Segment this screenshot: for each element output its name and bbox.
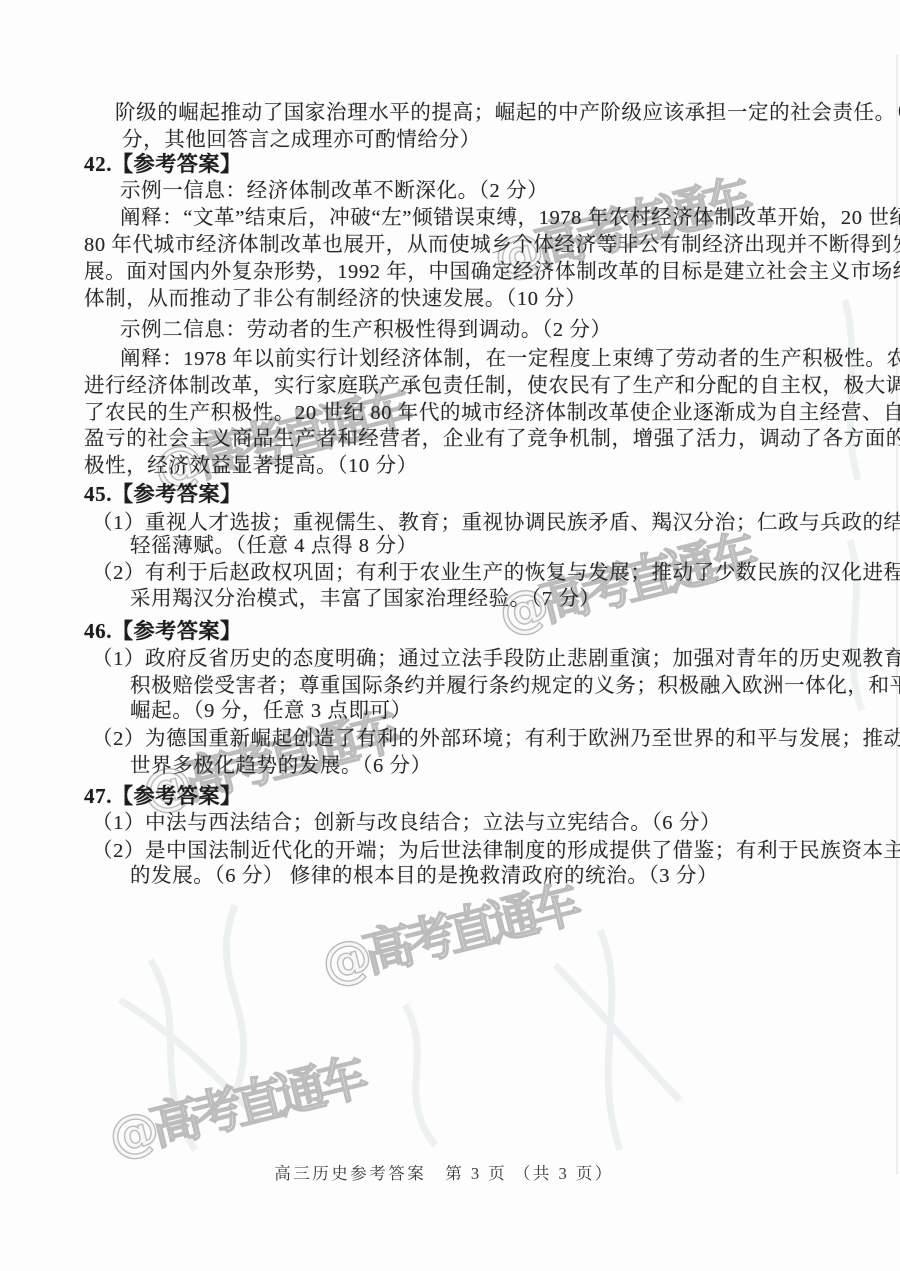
q42-example2-info: 示例二信息：劳动者的生产积极性得到调动。（2 分）: [120, 317, 612, 344]
q45-item1-line-2: 轻徭薄赋。（任意 4 点得 8 分）: [130, 533, 418, 560]
q45-item2-line-1: （2）有利于后赵政权巩固；有利于农业生产的恢复与发展；推动了少数民族的汉化进程；: [92, 560, 900, 587]
q42-example2-line-1: 阐释：1978 年以前实行计划经济体制，在一定程度上束缚了劳动者的生产积极性。农…: [120, 346, 900, 373]
q46-heading: 46.【参考答案】: [84, 618, 242, 645]
q42-example1-line-2: 80 年代城市经济体制改革也展开，从而使城乡个体经济等非公有制经济出现并不断得到…: [84, 232, 900, 259]
q47-item2-line-2: 的发展。（6 分） 修律的根本目的是挽救清政府的统治。（3 分）: [130, 863, 718, 890]
q47-heading: 47.【参考答案】: [84, 783, 242, 810]
page-footer: 高三历史参考答案 第 3 页 （共 3 页）: [0, 1160, 888, 1184]
q42-example2-line-3: 了农民的生产积极性。20 世纪 80 年代的城市经济体制改革使企业逐渐成为自主经…: [84, 400, 900, 427]
q45-item2-line-2: 采用羯汉分治模式，丰富了国家治理经验。（7 分）: [130, 586, 601, 613]
q41-tail-line-2: 分，其他回答言之成理亦可酌情给分）: [122, 127, 481, 154]
q41-tail-line-1: 阶级的崛起推动了国家治理水平的提高；崛起的中产阶级应该承担一定的社会责任。（5: [115, 100, 900, 127]
q47-item1-line-1: （1）中法与西法结合；创新与改良结合；立法与立宪结合。（6 分）: [92, 810, 721, 837]
q42-example1-line-1: 阐释：“文革”结束后，冲破“左”倾错误束缚，1978 年农村经济体制改革开始，2…: [120, 205, 900, 232]
watermark-stamp-6: @高考直通车: [100, 1038, 368, 1170]
q47-item2-line-1: （2）是中国法制近代化的开端；为后世法律制度的形成提供了借鉴；有利于民族资本主义: [92, 838, 900, 865]
q46-item1-line-2: 积极赔偿受害者；尊重国际条约并履行条约规定的义务；积极融入欧洲一体化，和平: [130, 673, 900, 700]
q46-item2-line-2: 世界多极化趋势的发展。（6 分）: [130, 753, 432, 780]
scanned-answer-page: @高考直通车 @高考直通车 @高考直通车 @高考直通车 @高考直通车 @高考直通…: [0, 0, 900, 1271]
q46-item1-line-3: 崛起。（9 分，任意 3 点即可）: [130, 698, 412, 725]
q42-example1-info: 示例一信息：经济体制改革不断深化。（2 分）: [120, 178, 548, 205]
q45-heading: 45.【参考答案】: [84, 481, 242, 508]
q42-example2-line-2: 进行经济体制改革，实行家庭联产承包责任制，使农民有了生产和分配的自主权，极大调动: [84, 373, 900, 400]
q42-example1-line-3: 展。面对国内外复杂形势，1992 年，中国确定经济体制改革的目标是建立社会主义市…: [84, 259, 900, 286]
q42-example2-line-5: 极性，经济效益显著提高。（10 分）: [84, 453, 418, 480]
q46-item2-line-1: （2）为德国重新崛起创造了有利的外部环境；有利于欧洲乃至世界的和平与发展；推动了: [92, 726, 900, 753]
q42-example2-line-4: 盈亏的社会主义商品生产者和经营者，企业有了竞争机制，增强了活力，调动了各方面的积: [84, 426, 900, 453]
q42-example1-line-4: 体制，从而推动了非公有制经济的快速发展。（10 分）: [84, 286, 586, 313]
q42-heading: 42.【参考答案】: [84, 151, 242, 178]
q46-item1-line-1: （1）政府反省历史的态度明确；通过立法手段防止悲剧重演；加强对青年的历史观教育；: [92, 646, 900, 673]
